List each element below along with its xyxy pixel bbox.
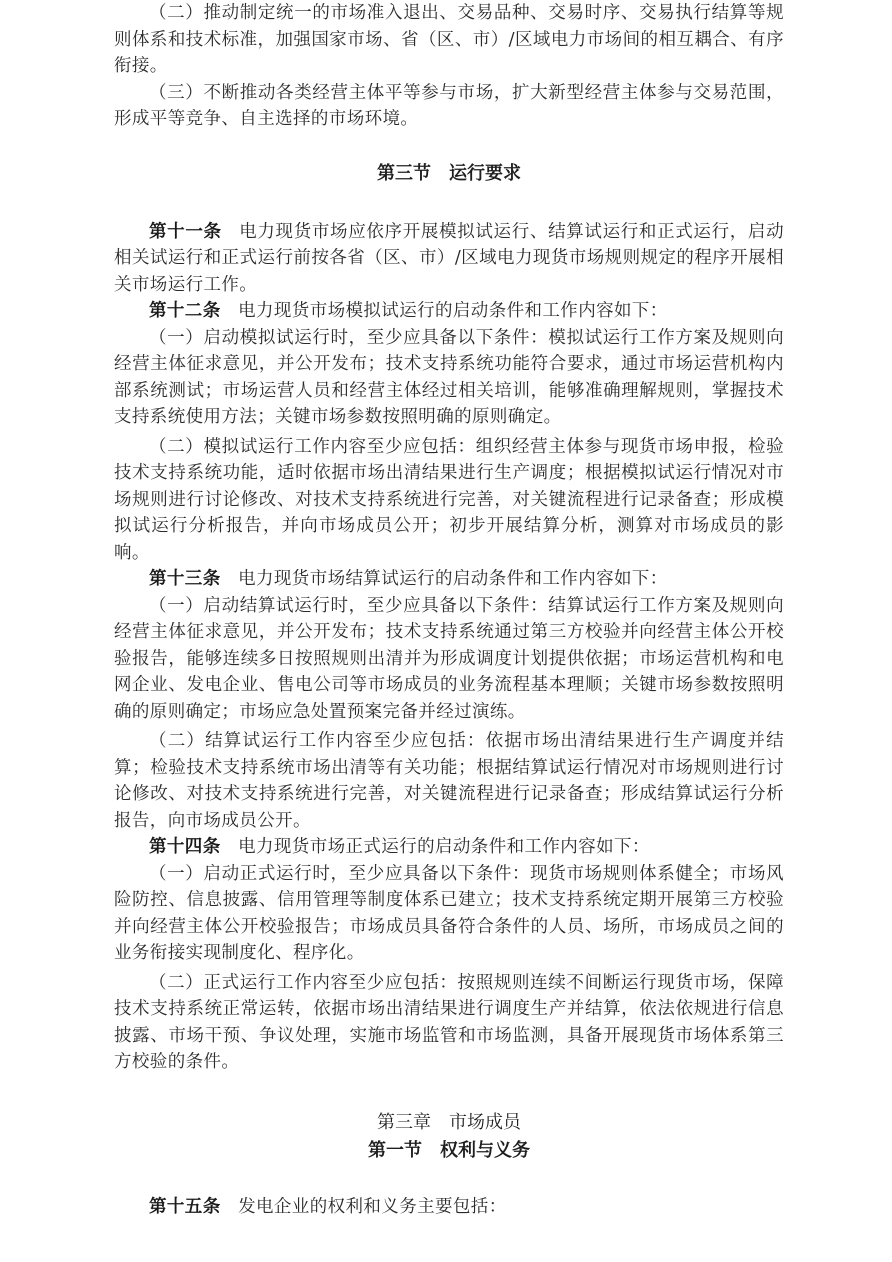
- article-label: 第十三条: [149, 569, 221, 589]
- paragraph: （一）启动结算试运行时，至少应具备以下条件：结算试运行工作方案及规则向经营主体征…: [114, 593, 784, 726]
- article-label: 第十五条: [149, 1197, 221, 1217]
- article-13: 第十三条电力现货市场结算试运行的启动条件和工作内容如下：: [114, 566, 784, 593]
- paragraph: （三）不断推动各类经营主体平等参与市场，扩大新型经营主体参与交易范围，形成平等竞…: [114, 80, 784, 133]
- paragraph: （一）启动模拟试运行时，至少应具备以下条件：模拟试运行工作方案及规则向经营主体征…: [114, 325, 784, 431]
- article-11: 第十一条电力现货市场应依序开展模拟试运行、结算试运行和正式运行，启动相关试运行和…: [114, 219, 784, 299]
- article-15: 第十五条发电企业的权利和义务主要包括：: [114, 1194, 784, 1221]
- paragraph: （二）推动制定统一的市场准入退出、交易品种、交易时序、交易执行结算等规则体系和技…: [114, 0, 784, 80]
- paragraph: （二）结算试运行工作内容至少应包括：依据市场出清结果进行生产调度并结算；检验技术…: [114, 728, 784, 834]
- chapter-heading: 第三章 市场成员: [114, 1108, 784, 1134]
- article-text: 电力现货市场正式运行的启动条件和工作内容如下：: [238, 837, 650, 857]
- article-label: 第十一条: [149, 222, 222, 242]
- article-12: 第十二条电力现货市场模拟试运行的启动条件和工作内容如下：: [114, 298, 784, 325]
- section-heading: 第三节 运行要求: [114, 159, 784, 185]
- article-text: 发电企业的权利和义务主要包括：: [238, 1197, 507, 1217]
- article-14: 第十四条电力现货市场正式运行的启动条件和工作内容如下：: [114, 834, 784, 861]
- paragraph: （二）模拟试运行工作内容至少应包括：组织经营主体参与现货市场申报，检验技术支持系…: [114, 434, 784, 567]
- article-text: 电力现货市场结算试运行的启动条件和工作内容如下：: [238, 569, 668, 589]
- article-label: 第十二条: [149, 301, 221, 321]
- paragraph: （一）启动正式运行时，至少应具备以下条件：现货市场规则体系健全；市场风险防控、信…: [114, 861, 784, 967]
- article-text: 电力现货市场模拟试运行的启动条件和工作内容如下：: [238, 301, 668, 321]
- article-label: 第十四条: [149, 837, 221, 857]
- section-heading: 第一节 权利与义务: [114, 1136, 784, 1162]
- paragraph: （二）正式运行工作内容至少应包括：按照规则连续不间断运行现货市场，保障技术支持系…: [114, 970, 784, 1076]
- document-page: （二）推动制定统一的市场准入退出、交易品种、交易时序、交易执行结算等规则体系和技…: [114, 0, 784, 1220]
